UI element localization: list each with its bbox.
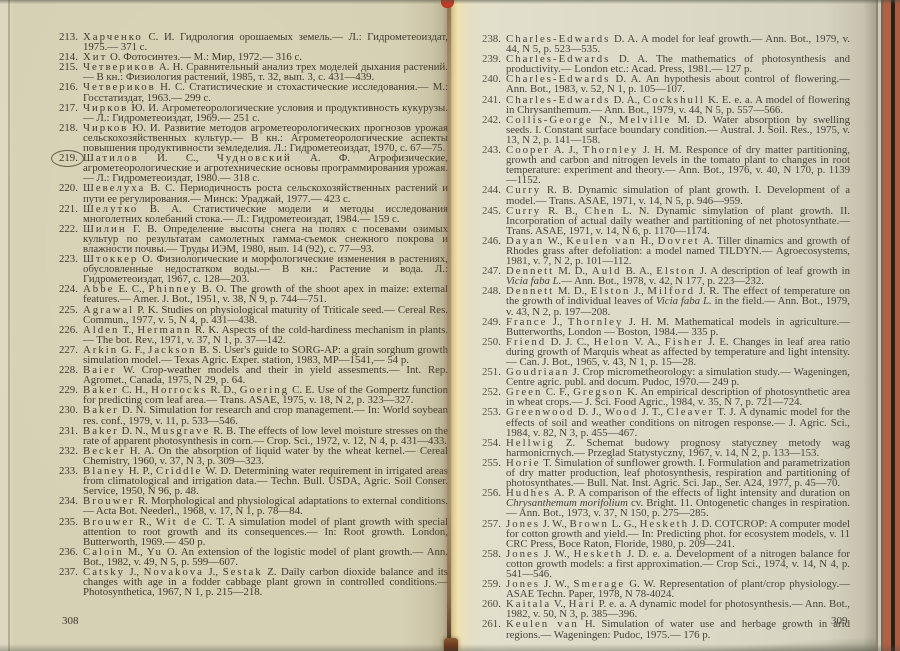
- author-name: Cleaver: [667, 406, 715, 418]
- entry-number: 225.: [59, 305, 78, 315]
- entry-number: 239.: [482, 54, 501, 64]
- entry-number: 233.: [59, 466, 78, 476]
- author-name: Agrawal: [83, 304, 134, 316]
- entry-text: Baker D. N., Musgrave R. B. The effects …: [83, 425, 448, 447]
- reference-entry: 261.Keulen van H. Simulation of water us…: [482, 619, 850, 639]
- entry-number: 242.: [482, 115, 501, 125]
- entry-number: 230.: [59, 405, 78, 415]
- entry-text: Харченко С. И. Гидрология орошаемых земе…: [83, 31, 448, 53]
- reference-entry: 255.Horie T. Simulation of sunflower gro…: [482, 458, 850, 488]
- author-name: Jackson: [148, 344, 196, 356]
- entry-text: France J., Thornley J. H. M. Mathematica…: [506, 316, 850, 338]
- reference-entry: 257.Jones J. W., Brown L. G., Hesketh J.…: [482, 519, 850, 549]
- author-name: Alden: [83, 324, 119, 336]
- entry-text: Caloin M., Yu O. An extension of the log…: [83, 546, 448, 568]
- author-name: Чирков: [83, 122, 128, 134]
- entry-number: 255.: [482, 458, 501, 468]
- entry-text: Четвериков Н. С. Статистические и стохас…: [83, 81, 448, 103]
- entry-text: Jones J. W., Brown L. G., Hesketh J. D. …: [506, 518, 850, 550]
- entry-text: Becker H. A. On the absorption of liquid…: [83, 445, 448, 467]
- author-name: Charles-Edwards: [506, 73, 610, 85]
- entry-number: 250.: [482, 337, 501, 347]
- entry-number: 245.: [482, 206, 501, 216]
- entry-text: Charles-Edwards D. A., Cockshull K. E. e…: [506, 94, 850, 116]
- entry-number: 253.: [482, 407, 501, 417]
- entry-number: 215.: [59, 62, 78, 72]
- entry-number: 240.: [482, 74, 501, 84]
- entry-number: 221.: [59, 204, 78, 214]
- reference-entry: 259.Jones J. W., Smerage G. W. Represent…: [482, 579, 850, 599]
- author-name: Штоккер: [83, 253, 138, 265]
- author-name: Hellwig: [506, 437, 555, 449]
- reference-list-right: 238.Charles-Edwards D. A. A model for le…: [482, 34, 850, 640]
- author-name: Collis-George: [506, 114, 593, 126]
- entry-number: 218.: [59, 123, 78, 133]
- author-name: Charles-Edwards: [506, 33, 610, 45]
- reference-entry: 217.Чирков Ю. И. Агрометеорологические у…: [59, 103, 448, 123]
- entry-number: 254.: [482, 438, 501, 448]
- author-name: Dovret: [658, 235, 700, 247]
- author-name: Horrocks: [151, 384, 207, 396]
- entry-number: 232.: [59, 446, 78, 456]
- author-name: Cooper: [506, 144, 550, 156]
- reference-entry: 228.Baier W. Crop-weather models and the…: [59, 365, 448, 385]
- reference-entry: 231.Baker D. N., Musgrave R. B. The effe…: [59, 426, 448, 446]
- entry-number: 224.: [59, 284, 78, 294]
- author-name: Curry: [506, 184, 541, 196]
- entry-number: 256.: [482, 488, 501, 498]
- reference-entry: 251.Goudriaan J. Crop micrometheorology:…: [482, 367, 850, 387]
- entry-text: Friend D. J. C., Helon V. A., Fisher J. …: [506, 336, 850, 368]
- entry-number: 238.: [482, 34, 501, 44]
- reference-entry: 216.Четвериков Н. С. Статистические и ст…: [59, 82, 448, 102]
- author-name: Hari: [569, 598, 596, 610]
- entry-text: Jones J. W., Smerage G. W. Representatio…: [506, 578, 850, 600]
- entry-number: 236.: [59, 547, 78, 557]
- entry-number: 222.: [59, 224, 78, 234]
- author-name: Elston: [591, 285, 631, 297]
- page-number-left: 308: [62, 615, 79, 627]
- entry-text: Green C. F., Gregson K. An empirical des…: [506, 386, 850, 408]
- author-name: Cockshull: [643, 94, 705, 106]
- entry-number: 258.: [482, 549, 501, 559]
- reference-entry: 238.Charles-Edwards D. A. A model for le…: [482, 34, 850, 54]
- author-name: Elston: [656, 265, 696, 277]
- author-name: Dennett: [506, 285, 554, 297]
- reference-entry: 226.Alden T., Hermann R. K. Aspects of t…: [59, 325, 448, 345]
- author-name: Jones: [506, 578, 540, 590]
- author-name: Sestak: [223, 566, 263, 578]
- binding-foot-shadow: [444, 638, 458, 651]
- entry-text: Catsky J., Novakova J., Sestak Z. Daily …: [83, 566, 448, 598]
- reference-entry: 243.Cooper A. J., Thornley J. H. M. Resp…: [482, 145, 850, 185]
- reference-entry: 229.Baker C. H., Horrocks R. D., Goering…: [59, 385, 448, 405]
- entry-number: 231.: [59, 426, 78, 436]
- entry-text: Шилин Г. В. Определение высоты снега на …: [83, 223, 448, 255]
- author-name: Brouwer: [83, 516, 135, 528]
- entry-text: Brouwer R. Morphological and physiologic…: [83, 495, 448, 517]
- entry-text: Agrawal P. K. Studies on physiological m…: [83, 304, 448, 326]
- author-name: Baker: [83, 404, 119, 416]
- reference-entry: 213.Харченко С. И. Гидрология орошаемых …: [59, 32, 448, 52]
- entry-number: 220.: [59, 183, 78, 193]
- author-name: Baier: [83, 364, 116, 376]
- entry-number: 261.: [482, 619, 501, 629]
- reference-entry: 256.Hudhes A. P. A comparison of the eff…: [482, 488, 850, 518]
- author-name: Kaitala: [506, 598, 551, 610]
- author-name: Gregson: [573, 386, 624, 398]
- author-name: Keulen van: [566, 235, 637, 247]
- entry-text: Charles-Edwards D. A. The mathematics of…: [506, 53, 850, 75]
- entry-number-circled: 219.: [59, 153, 78, 163]
- entry-text: Blaney H. P., Criddle W. D. Determining …: [83, 465, 448, 497]
- author-name: Четвериков: [83, 61, 156, 73]
- reference-entry: 232.Becker H. A. On the absorption of li…: [59, 446, 448, 466]
- entry-text: Baier W. Crop-weather models and their i…: [83, 364, 448, 386]
- author-name: Musgrave: [151, 425, 210, 437]
- author-name: Criddle: [156, 465, 202, 477]
- reference-entry: 249.France J., Thornley J. H. M. Mathema…: [482, 317, 850, 337]
- entry-text: Keulen van H. Simulation of water use an…: [506, 618, 850, 640]
- author-name: Шатилов: [83, 152, 139, 164]
- entry-number: 213.: [59, 32, 78, 42]
- author-name: Четвериков: [83, 81, 156, 93]
- author-name: Goering: [240, 384, 289, 396]
- author-name: Jones: [506, 548, 540, 560]
- page-number-right: 309: [831, 615, 848, 627]
- author-name: Yu: [147, 546, 163, 558]
- entry-number: 241.: [482, 95, 501, 105]
- entry-number: 260.: [482, 599, 501, 609]
- author-name: Catsky: [83, 566, 125, 578]
- author-name: Chen: [585, 205, 616, 217]
- reference-entry: 225.Agrawal P. K. Studies on physiologic…: [59, 305, 448, 325]
- author-name: Keulen van: [506, 618, 579, 630]
- author-name: Wit de: [156, 516, 198, 528]
- author-name: France: [506, 316, 547, 328]
- entry-number: 227.: [59, 345, 78, 355]
- author-name: Goudriaan: [506, 366, 570, 378]
- author-name: Helon: [594, 336, 630, 348]
- entry-text: Collis-George N., Melville M. D. Water a…: [506, 114, 850, 146]
- reference-entry: 215.Четвериков А. Н. Сравнительный анали…: [59, 62, 448, 82]
- author-name: Abbe: [83, 283, 114, 295]
- author-name: Caloin: [83, 546, 124, 558]
- author-name: Brouwer: [83, 495, 135, 507]
- book-spread: 213.Харченко С. И. Гидрология орошаемых …: [0, 0, 900, 651]
- reference-entry: 245.Curry R. B., Chen L. N. Dynamic simy…: [482, 206, 850, 236]
- author-name: Brown: [570, 518, 609, 530]
- entry-number: 252.: [482, 387, 501, 397]
- author-name: Melville: [619, 114, 672, 126]
- entry-text: Curry R. B. Dynamic simulation of plant …: [506, 184, 850, 206]
- entry-number: 217.: [59, 103, 78, 113]
- reference-entry: 239.Charles-Edwards D. A. The mathematic…: [482, 54, 850, 74]
- entry-text: Dennett M. D., Auld B. A., Elston J. A d…: [506, 265, 850, 287]
- reference-entry: 237.Catsky J., Novakova J., Sestak Z. Da…: [59, 567, 448, 597]
- author-name: Baker: [83, 384, 119, 396]
- author-name: Hermann: [137, 324, 191, 336]
- reference-entry: 221.Шелутко В. А. Статистические модели …: [59, 204, 448, 224]
- left-page-edge: [8, 0, 10, 651]
- entry-text: Dayan W., Keulen van H., Dovret A. Tille…: [506, 235, 850, 267]
- reference-entry: 222.Шилин Г. В. Определение высоты снега…: [59, 224, 448, 254]
- entry-number: 234.: [59, 496, 78, 506]
- author-name: Dayan: [506, 235, 544, 247]
- reference-entry: 253.Greenwood D. J., Wood J. T., Cleaver…: [482, 407, 850, 437]
- entry-text: Jones J. W., Hesketh J. D. e. a. Develop…: [506, 548, 850, 580]
- entry-text: Чирков Ю. И. Развитие методов агрометеор…: [83, 122, 448, 154]
- entry-text: Dennett M. D., Elston J., Milford J. R. …: [506, 285, 850, 317]
- entry-text: Шевелуха В. С. Периодичность роста сельс…: [83, 182, 448, 204]
- author-name: Шилин: [83, 223, 127, 235]
- entry-number: 229.: [59, 385, 78, 395]
- author-name: Charles-Edwards: [506, 94, 610, 106]
- entry-number: 257.: [482, 519, 501, 529]
- author-name: Blaney: [83, 465, 126, 477]
- author-name: Thornley: [583, 144, 639, 156]
- author-name: Шелутко: [83, 203, 138, 215]
- author-name: Wood: [605, 406, 639, 418]
- reference-entry: 234.Brouwer R. Morphological and physiol…: [59, 496, 448, 516]
- entry-text: Charles-Edwards D. A. A model for leaf g…: [506, 33, 850, 55]
- entry-text: Hellwig Z. Schemat budowy prognosy staty…: [506, 437, 850, 459]
- author-name: Green: [506, 386, 542, 398]
- author-name: Шевелуха: [83, 182, 145, 194]
- author-name: Charles-Edwards: [506, 53, 610, 65]
- entry-text: Curry R. B., Chen L. N. Dynamic simylati…: [506, 205, 850, 237]
- reference-entry: 235.Brouwer R., Wit de C. T. A simulatio…: [59, 517, 448, 547]
- reference-entry: 258.Jones J. W., Hesketh J. D. e. a. Dev…: [482, 549, 850, 579]
- reference-entry: 241.Charles-Edwards D. A., Cockshull K. …: [482, 95, 850, 115]
- entry-text: Шатилов И. С., Чудновский А. Ф. Агрофизи…: [83, 152, 448, 184]
- entry-text: Arkin G. F., Jackson B. S. User's guide …: [83, 344, 448, 366]
- author-name: Friend: [506, 336, 546, 348]
- author-name: Fisher: [665, 336, 704, 348]
- author-name: Curry: [506, 205, 541, 217]
- entry-number: 235.: [59, 517, 78, 527]
- author-name: Харченко: [83, 31, 143, 43]
- reference-entry: 230.Baker D. N. Simulation for research …: [59, 405, 448, 425]
- entry-number: 251.: [482, 367, 501, 377]
- reference-entry: 223.Штоккер О. Физиологические и морфоло…: [59, 254, 448, 284]
- entry-number: 216.: [59, 82, 78, 92]
- entry-text: Brouwer R., Wit de C. T. A simulation mo…: [83, 516, 448, 548]
- entry-number: 237.: [59, 567, 78, 577]
- entry-text: Шелутко В. А. Статистические модели и ме…: [83, 203, 448, 225]
- entry-text: Cooper A. J., Thornley J. H. M. Responce…: [506, 144, 850, 186]
- reference-entry: 260.Kaitala V., Hari P. e. a. A dynamic …: [482, 599, 850, 619]
- reference-entry: 224.Abbe E. C., Phinney B. O. The growth…: [59, 284, 448, 304]
- author-name: Becker: [83, 445, 126, 457]
- reference-entry: 227.Arkin G. F., Jackson B. S. User's gu…: [59, 345, 448, 365]
- reference-entry: 240.Charles-Edwards D. A. An hypothesis …: [482, 74, 850, 94]
- entry-number: 223.: [59, 254, 78, 264]
- entry-text: Чирков Ю. И. Агрометеорологические услов…: [83, 102, 448, 124]
- author-name: Auld: [592, 265, 622, 277]
- author-name: Чудновский: [217, 152, 292, 164]
- author-name: Greenwood: [506, 406, 574, 418]
- entry-text: Goudriaan J. Crop micrometheorology: a s…: [506, 366, 850, 388]
- entry-text: Baker D. N. Simulation for research and …: [83, 404, 448, 426]
- reference-entry: 220.Шевелуха В. С. Периодичность роста с…: [59, 183, 448, 203]
- author-name: Novakova: [144, 566, 204, 578]
- author-name: Horie: [506, 457, 541, 469]
- entry-number: 228.: [59, 365, 78, 375]
- entry-text: Штоккер О. Физиологические и морфологиче…: [83, 253, 448, 285]
- author-name: Чирков: [83, 102, 128, 114]
- entry-number: 247.: [482, 266, 501, 276]
- reference-entry: 244.Curry R. B. Dynamic simulation of pl…: [482, 185, 850, 205]
- entry-number: 226.: [59, 325, 78, 335]
- author-name: Jones: [506, 518, 540, 530]
- entry-number: 243.: [482, 145, 501, 155]
- entry-number: 259.: [482, 579, 501, 589]
- reference-entry: 250.Friend D. J. C., Helon V. A., Fisher…: [482, 337, 850, 367]
- entry-number: 248.: [482, 286, 501, 296]
- author-name: Thornley: [568, 316, 624, 328]
- entry-text: Kaitala V., Hari P. e. a. A dynamic mode…: [506, 598, 850, 620]
- entry-number: 246.: [482, 236, 501, 246]
- entry-number: 244.: [482, 185, 501, 195]
- entry-text: Horie T. Simulation of sunflower growth.…: [506, 457, 850, 489]
- author-name: Phinney: [148, 283, 197, 295]
- reference-entry: 248.Dennett M. D., Elston J., Milford J.…: [482, 286, 850, 316]
- reference-entry: 236.Caloin M., Yu O. An extension of the…: [59, 547, 448, 567]
- entry-text: Четвериков А. Н. Сравнительный анализ тр…: [83, 61, 448, 83]
- reference-entry: 254.Hellwig Z. Schemat budowy prognosy s…: [482, 438, 850, 458]
- author-name: Smerage: [573, 578, 625, 590]
- author-name: Arkin: [83, 344, 118, 356]
- author-name: Baker: [83, 425, 119, 437]
- latin-species-name: Vicia faba L.: [656, 295, 712, 307]
- entry-text: Hudhes A. P. A comparison of the effects…: [506, 487, 850, 519]
- reference-entry: 219.Шатилов И. С., Чудновский А. Ф. Агро…: [59, 153, 448, 183]
- reference-entry: 218.Чирков Ю. И. Развитие методов агроме…: [59, 123, 448, 153]
- author-name: Hesketh: [640, 518, 689, 530]
- entry-text: Alden T., Hermann R. K. Aspects of the c…: [83, 324, 448, 346]
- latin-species-name: Chrysanthemum morifolium: [506, 497, 628, 509]
- reference-entry: 246.Dayan W., Keulen van H., Dovret A. T…: [482, 236, 850, 266]
- reference-entry: 242.Collis-George N., Melville M. D. Wat…: [482, 115, 850, 145]
- reference-entry: 247.Dennett M. D., Auld B. A., Elston J.…: [482, 266, 850, 286]
- entry-text: Charles-Edwards D. A. An hypothesis abou…: [506, 73, 850, 95]
- reference-entry: 252.Green C. F., Gregson K. An empirical…: [482, 387, 850, 407]
- entry-text: Greenwood D. J., Wood J. T., Cleaver T. …: [506, 406, 850, 438]
- author-name: Hesketh: [574, 548, 623, 560]
- book-cover-edge: [876, 0, 900, 651]
- reference-list-left: 213.Харченко С. И. Гидрология орошаемых …: [59, 32, 448, 597]
- entry-text: Abbe E. C., Phinney B. O. The growth of …: [83, 283, 448, 305]
- entry-number: 249.: [482, 317, 501, 327]
- reference-entry: 233.Blaney H. P., Criddle W. D. Determin…: [59, 466, 448, 496]
- entry-text: Baker C. H., Horrocks R. D., Goering C. …: [83, 384, 448, 406]
